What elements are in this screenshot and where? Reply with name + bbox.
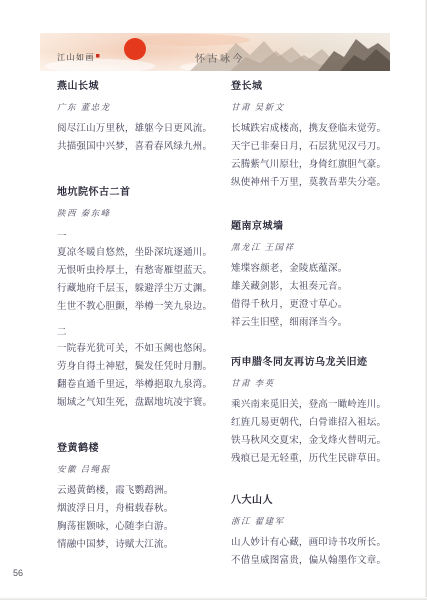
page-number: 56 (13, 568, 23, 578)
landscape-painting: 江山如画 怀古咏今 (40, 33, 390, 71)
poem-author: 甘肃 吴新文 (231, 100, 401, 114)
poem-title: 题南京城墙 (231, 220, 401, 234)
poem-line: 长城跌宕成楼高，携友登临未觉劳。 (231, 120, 401, 138)
header-banner: 江山如画 怀古咏今 (40, 33, 390, 71)
poem-deng-huanghelou: 登黄鹤楼 安徽 吕绳振 云遏黄鹤楼，霞飞鹦鹉洲。 烟波浮日月，舟楫载春秋。 胸荡… (57, 442, 222, 554)
poem-line: 行藏地府千层玉，躲避浮尘万丈渊。 (57, 280, 222, 298)
poem-line: 无恨听虫拎厚土，有愁寄雁望蓝天。 (57, 262, 222, 280)
cloud (130, 34, 250, 46)
poem-line: 云腾紫气川原壮，身倚红旗胆气豪。 (231, 156, 401, 174)
poem-title: 登长城 (231, 80, 401, 94)
poem-wulongguan-jiuji: 丙申腊冬同友再访乌龙关旧迹 甘肃 李英 乘兴南来觅旧关，登高一瞰岭连川。 红旌几… (231, 356, 401, 468)
stanza-marker: 二 (57, 326, 222, 340)
poem-author: 陕西 秦东峰 (57, 206, 222, 220)
poem-author: 安徽 吕绳振 (57, 462, 222, 476)
poem-line: 情融中国梦，诗赋大江流。 (57, 536, 222, 554)
poem-line: 阅尽江山万里秋，雄躯今日更风流。 (57, 120, 222, 138)
seal-stamp-icon (96, 54, 100, 58)
poem-line: 天宇已非秦日月，石层犹见汉弓刀。 (231, 138, 401, 156)
poem-line: 铁马秋风交夏宋，金戈烽火替明元。 (231, 432, 401, 450)
poem-line: 生世不教心胆颤，举樽一笑九泉边。 (57, 298, 222, 316)
poem-title: 八大山人 (231, 494, 401, 508)
calligraphy-center: 怀古咏今 (195, 52, 245, 65)
poem-author: 甘肃 李英 (231, 376, 401, 390)
poem-line: 翻卷直通千里远，举樽挹取九泉湾。 (57, 376, 222, 394)
poem-line: 红旌几易更朝代，白骨谁招入祖坛。 (231, 414, 401, 432)
poem-line: 胸荡崔颢咏，心随李白游。 (57, 518, 222, 536)
poem-title: 燕山长城 (57, 80, 222, 94)
poem-author: 广东 董忠龙 (57, 100, 222, 114)
poem-author: 黑龙江 王国祥 (231, 240, 401, 254)
poem-line: 雄关藏剑影，太祖奏元音。 (231, 278, 401, 296)
poem-line: 夏凉冬暖自悠然，坐卧深坑逐通川。 (57, 244, 222, 262)
poem-author: 浙江 翟建军 (231, 514, 401, 528)
poem-title: 登黄鹤楼 (57, 442, 222, 456)
poem-line: 烟波浮日月，舟楫载春秋。 (57, 500, 222, 518)
poem-line: 乘兴南来觅旧关，登高一瞰岭连川。 (231, 396, 401, 414)
poem-line: 一院春光犹可关，不如玉阙也悠闲。 (57, 340, 222, 358)
poem-yanshan-changcheng: 燕山长城 广东 董忠龙 阅尽江山万里秋，雄躯今日更风流。 共描强国中兴梦，喜看春… (57, 80, 222, 156)
poem-line: 堀域之气知生死，盘踞地坑凌宇寰。 (57, 394, 222, 412)
stanza-marker: 一 (57, 230, 222, 244)
poem-ti-nanjing-chengqiang: 题南京城墙 黑龙江 王国祥 雉堞容颜老，金陵底蕴深。 雄关藏剑影，太祖奏元音。 … (231, 220, 401, 332)
calligraphy-left: 江山如画 (57, 52, 95, 62)
book-page: 江山如画 怀古咏今 燕山长城 广东 董忠龙 阅尽江山万里秋，雄躯今日更风流。 共… (0, 0, 427, 600)
poem-line: 雉堞容颜老，金陵底蕴深。 (231, 260, 401, 278)
poem-bada-shanren: 八大山人 浙江 翟建军 山人妙计有心藏，画印诗书攻所长。 不借皇威图富贵，偏从翰… (231, 494, 401, 570)
poem-line: 劳身自得土神慰，鬓发任凭时月删。 (57, 358, 222, 376)
poem-deng-changcheng: 登长城 甘肃 吴新文 长城跌宕成楼高，携友登临未觉劳。 天宇已非秦日月，石层犹见… (231, 80, 401, 192)
poem-line: 纵使神州千万里，莫教吾辈失分毫。 (231, 174, 401, 192)
poem-line: 不借皇威图富贵，偏从翰墨作文章。 (231, 552, 401, 570)
poem-line: 云遏黄鹤楼，霞飞鹦鹉洲。 (57, 482, 222, 500)
poem-dikengyuan-huaigu: 地坑院怀古二首 陕西 秦东峰 一 夏凉冬暖自悠然，坐卧深坑逐通川。 无恨听虫拎厚… (57, 186, 222, 412)
poem-line: 山人妙计有心藏，画印诗书攻所长。 (231, 534, 401, 552)
poem-title: 丙申腊冬同友再访乌龙关旧迹 (231, 356, 401, 370)
poem-title: 地坑院怀古二首 (57, 186, 222, 200)
poem-line: 祥云生旧壁，细雨泽当今。 (231, 314, 401, 332)
poem-line: 残痕已是无轻重，历代生民辟草田。 (231, 450, 401, 468)
sun-icon (124, 38, 146, 60)
poem-line: 借得千秋月，更澄寸草心。 (231, 296, 401, 314)
poem-line: 共描强国中兴梦，喜看春风绿九州。 (57, 138, 222, 156)
